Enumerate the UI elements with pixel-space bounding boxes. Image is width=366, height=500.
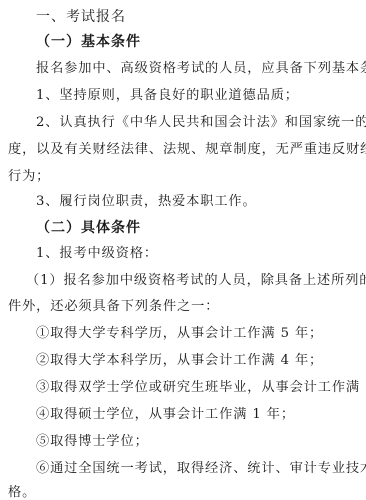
paragraph-line: 报名参加中、高级资格考试的人员，应具备下列基本条件： — [36, 60, 366, 78]
paragraph-line: （1）报名参加中级资格考试的人员，除具备上述所列的基本条 — [26, 272, 366, 290]
paragraph-line: 度，以及有关财经法律、法规、规章制度，无严重违反财经纪律的 — [8, 141, 366, 159]
requirement-item-4: ④取得硕士学位，从事会计工作满 1 年； — [36, 406, 295, 424]
document-page: 一、考试报名 （一）基本条件 报名参加中、高级资格考试的人员，应具备下列基本条件… — [0, 0, 366, 500]
condition-item-1: 1、坚持原则，具备良好的职业道德品质； — [36, 87, 299, 105]
paragraph-line: 行为； — [8, 168, 50, 186]
requirement-item-3: ③取得双学士学位或研究生班毕业，从事会计工作满 2 年； — [36, 379, 366, 397]
condition-item-3: 3、履行岗位职责，热爱本职工作。 — [36, 193, 257, 211]
requirement-item-5: ⑤取得博士学位； — [36, 433, 149, 451]
subsection-heading-specific: （二）具体条件 — [36, 219, 141, 237]
section-heading: 一、考试报名 — [36, 8, 126, 26]
requirement-item-6: ⑥通过全国统一考试，取得经济、统计、审计专业技术中级资 — [36, 460, 366, 478]
paragraph-line: 件外，还必须具备下列条件之一： — [8, 298, 219, 316]
intermediate-qualification-heading: 1、报考中级资格： — [36, 245, 158, 263]
requirement-item-1: ①取得大学专科学历，从事会计工作满 5 年； — [36, 325, 323, 343]
requirement-item-2: ②取得大学本科学历，从事会计工作满 4 年； — [36, 352, 323, 370]
condition-item-2: 2、认真执行《中华人民共和国会计法》和国家统一的会计制 — [36, 114, 366, 132]
paragraph-line: 格。 — [8, 484, 36, 500]
subsection-heading-basic: （一）基本条件 — [36, 33, 141, 51]
